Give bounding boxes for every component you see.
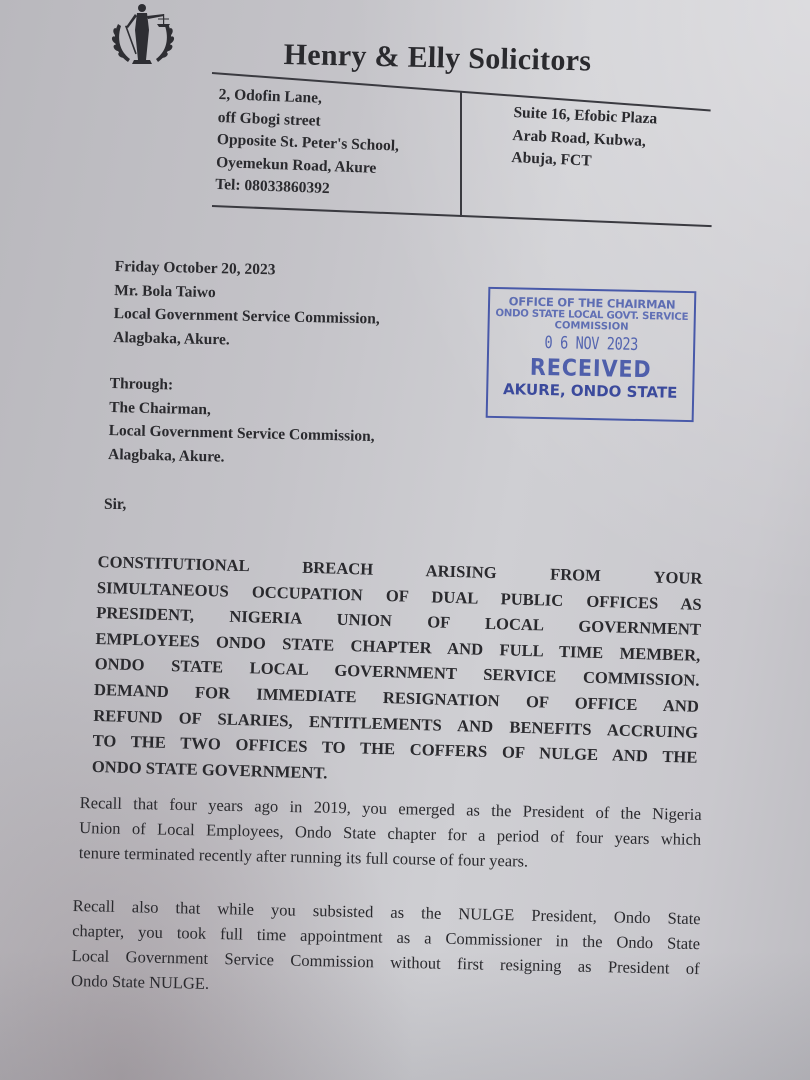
recipient-block: Friday October 20, 2023 Mr. Bola Taiwo L… <box>113 255 381 355</box>
letterhead-column-divider <box>460 92 462 217</box>
body-paragraph-2: Recall also that while you subsisted as … <box>71 893 701 1006</box>
stamp-date: 0 6 NOV 2023 <box>509 332 673 355</box>
received-stamp: OFFICE OF THE CHAIRMAN ONDO STATE LOCAL … <box>486 287 697 422</box>
stamp-status: RECEIVED <box>499 354 683 384</box>
lady-justice-logo-icon <box>108 2 178 68</box>
subject-heading: CONSTITUTIONAL BREACH ARISING FROM YOUR … <box>92 549 703 796</box>
address-abuja-office: Suite 16, Efobic Plaza Arab Road, Kubwa,… <box>511 102 658 176</box>
salutation: Sir, <box>104 496 126 514</box>
body-paragraph-1: Recall that four years ago in 2019, you … <box>79 790 702 877</box>
through-block: Through: The Chairman, Local Government … <box>108 372 376 472</box>
address-akure-office: 2, Odofin Lane, off Gbogi street Opposit… <box>215 84 401 203</box>
firm-name: Henry & Elly Solicitors <box>283 38 591 78</box>
